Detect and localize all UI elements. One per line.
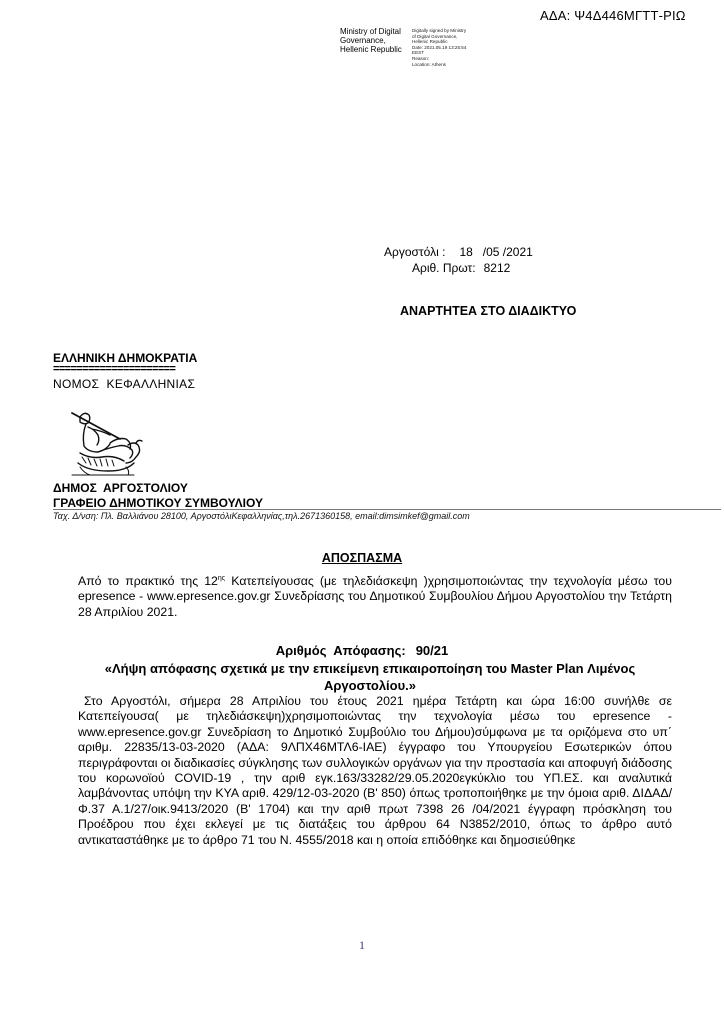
document-date: 18 /05 /2021 [459, 245, 532, 259]
signature-organization: Ministry of Digital Governance, Hellenic… [340, 27, 402, 54]
signature-org-line: Governance, [340, 36, 402, 45]
decision-number: 90/21 [416, 643, 449, 658]
page-number: 1 [0, 938, 724, 953]
signature-org-line: Hellenic Republic [340, 45, 402, 54]
protocol-number: 8212 [484, 261, 511, 275]
prefecture-title: ΝΟΜΟΣ ΚΕΦΑΛΛΗΝΙΑΣ [53, 377, 195, 391]
decision-title: «Λήψη απόφασης σχετικά με την επικείμενη… [70, 660, 670, 694]
posting-notice: ΑΝΑΡΤΗΤΕΑ ΣΤΟ ΔΙΑΔΙΚΤΥΟ [400, 304, 576, 318]
municipality-block: ΔΗΜΟΣ ΑΡΓΟΣΤΟΛΙΟΥ ΓΡΑΦΕΙΟ ΔΗΜΟΤΙΚΟΥ ΣΥΜΒ… [53, 481, 263, 511]
contact-address: Ταχ. Δ/νση: Πλ. Βαλλιάνου 28100, Αργοστό… [53, 511, 470, 521]
decision-label: Αριθμός Απόφασης: [276, 643, 406, 658]
protocol-label: Αριθ. Πρωτ: [412, 261, 476, 275]
place-date: Αργοστόλι :18 /05 /2021 [384, 245, 533, 259]
signature-org-line: Ministry of Digital [340, 27, 402, 36]
main-paragraph: Στο Αργοστόλι, σήμερα 28 Απριλίου του έτ… [78, 694, 672, 848]
extract-heading: ΑΠΟΣΠΑΣΜΑ [0, 551, 724, 565]
signature-details: Digitally signed by Ministry of Digital … [412, 28, 466, 67]
separator-line: ===================== [53, 364, 175, 375]
ada-code: ΑΔΑ: Ψ4Δ446ΜΓΤΤ-ΡΙΩ [540, 8, 686, 23]
decision-number-line: Αριθμός Απόφασης:90/21 [0, 643, 724, 658]
intro-text-start: Από το πρακτικό της 12 [78, 574, 218, 588]
municipality-name: ΔΗΜΟΣ ΑΡΓΟΣΤΟΛΙΟΥ [53, 481, 263, 496]
intro-paragraph: Από το πρακτικό της 12ης Κατεπείγουσας (… [78, 571, 672, 620]
municipality-emblem-icon [62, 405, 150, 477]
header-divider [53, 509, 721, 510]
signature-detail-line: Location: Athens [412, 62, 466, 68]
place-label: Αργοστόλι : [384, 245, 445, 259]
protocol: Αριθ. Πρωτ:8212 [412, 261, 510, 275]
signature-detail-line: Digitally signed by Ministry [412, 28, 466, 34]
